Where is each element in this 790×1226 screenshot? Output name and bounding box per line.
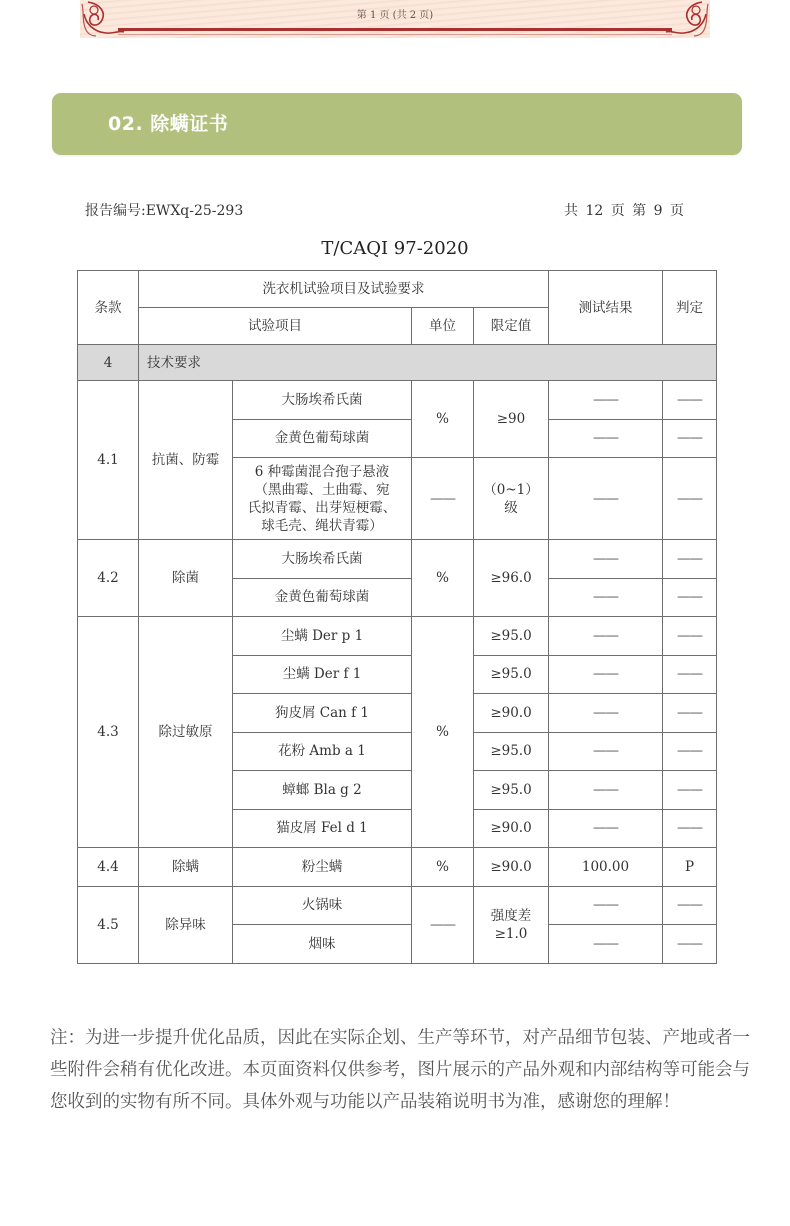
result-cell: —— (549, 925, 663, 964)
table-header-row: 条款 洗衣机试验项目及试验要求 测试结果 判定 (78, 271, 717, 308)
judgement-cell: —— (663, 771, 717, 810)
certificate-border-rule (118, 28, 672, 31)
category-cell: 除菌 (139, 540, 233, 617)
limit-line: ≥1.0 (478, 925, 544, 943)
result-cell: —— (549, 419, 663, 458)
judgement-cell: —— (663, 578, 717, 617)
item-cell: 火锅味 (233, 886, 412, 925)
limit-cell: ≥95.0 (474, 617, 549, 656)
unit-cell: % (412, 381, 474, 458)
limit-cell: ≥95.0 (474, 655, 549, 694)
item-line: （黑曲霉、土曲霉、宛 (237, 481, 407, 499)
header-clause: 条款 (78, 271, 139, 345)
unit-cell: % (412, 540, 474, 617)
limit-line: （0~1） (478, 481, 544, 499)
result-cell: —— (549, 732, 663, 771)
result-cell: —— (549, 655, 663, 694)
header-group: 洗衣机试验项目及试验要求 (139, 271, 549, 308)
unit-cell: % (412, 617, 474, 848)
category-cell: 抗菌、防霉 (139, 381, 233, 540)
limit-cell: ≥95.0 (474, 732, 549, 771)
certificate-fragment: 第 1 页 (共 2 页) (80, 0, 710, 38)
item-cell: 大肠埃希氏菌 (233, 381, 412, 420)
result-cell: —— (549, 458, 663, 540)
section-row: 4 技术要求 (78, 345, 717, 381)
category-cell: 除过敏原 (139, 617, 233, 848)
category-cell: 除螨 (139, 848, 233, 887)
result-cell: —— (549, 886, 663, 925)
clause-cell: 4.3 (78, 617, 139, 848)
item-cell: 金黄色葡萄球菌 (233, 578, 412, 617)
unit-cell: —— (412, 886, 474, 963)
limit-cell: ≥90.0 (474, 809, 549, 848)
disclaimer-note: 注：为进一步提升优化品质，因此在实际企划、生产等环节，对产品细节包装、产地或者一… (50, 1022, 750, 1118)
judgement-cell: —— (663, 617, 717, 656)
section-title: 02. 除螨证书 (108, 93, 228, 155)
certificate-border-rule-thin (118, 34, 672, 35)
item-line: 球毛壳、绳状青霉） (237, 517, 407, 535)
header-unit: 单位 (412, 308, 474, 345)
judgement-cell: —— (663, 732, 717, 771)
result-cell: —— (549, 540, 663, 579)
judgement-cell: —— (663, 925, 717, 964)
table-row-mite-removal: 4.4 除螨 粉尘螨 % ≥90.0 100.00 P (78, 848, 717, 887)
item-line: 氏拟青霉、出芽短梗霉、 (237, 499, 407, 517)
item-cell: 狗皮屑 Can f 1 (233, 694, 412, 733)
result-cell: —— (549, 809, 663, 848)
report-number: 报告编号:EWXq-25-293 (85, 200, 243, 220)
category-cell: 除异味 (139, 886, 233, 963)
clause-cell: 4.2 (78, 540, 139, 617)
item-cell: 粉尘螨 (233, 848, 412, 887)
judgement-cell: —— (663, 419, 717, 458)
header-judgement: 判定 (663, 271, 717, 345)
limit-line: 级 (478, 499, 544, 517)
judgement-cell: —— (663, 809, 717, 848)
limit-cell: ≥90 (474, 381, 549, 458)
judgement-cell: —— (663, 458, 717, 540)
table-row: 4.5 除异味 火锅味 —— 强度差 ≥1.0 —— —— (78, 886, 717, 925)
result-cell: —— (549, 578, 663, 617)
judgement-cell: —— (663, 886, 717, 925)
section-banner: 02. 除螨证书 (52, 93, 742, 155)
item-cell: 花粉 Amb a 1 (233, 732, 412, 771)
result-cell: —— (549, 694, 663, 733)
result-cell: —— (549, 617, 663, 656)
table-row: 4.1 抗菌、防霉 大肠埃希氏菌 % ≥90 —— —— (78, 381, 717, 420)
result-cell: 100.00 (549, 848, 663, 887)
header-item: 试验项目 (139, 308, 412, 345)
item-cell: 猫皮屑 Fel d 1 (233, 809, 412, 848)
judgement-cell: P (663, 848, 717, 887)
item-cell: 金黄色葡萄球菌 (233, 419, 412, 458)
judgement-cell: —— (663, 694, 717, 733)
limit-cell: ≥90.0 (474, 694, 549, 733)
result-cell: —— (549, 771, 663, 810)
report-page-info: 共 12 页 第 9 页 (564, 200, 684, 220)
limit-cell-multiline: 强度差 ≥1.0 (474, 886, 549, 963)
limit-cell: ≥90.0 (474, 848, 549, 887)
limit-cell-multiline: （0~1） 级 (474, 458, 549, 540)
item-cell-multiline: 6 种霉菌混合孢子悬液 （黑曲霉、土曲霉、宛 氏拟青霉、出芽短梗霉、 球毛壳、绳… (233, 458, 412, 540)
table-row: 4.3 除过敏原 尘螨 Der p 1 % ≥95.0 —— —— (78, 617, 717, 656)
clause-cell: 4.4 (78, 848, 139, 887)
judgement-cell: —— (663, 540, 717, 579)
clause-cell: 4.1 (78, 381, 139, 540)
result-cell: —— (549, 381, 663, 420)
header-result: 测试结果 (549, 271, 663, 345)
header-limit: 限定值 (474, 308, 549, 345)
standard-title: T/CAQI 97-2020 (0, 238, 790, 259)
judgement-cell: —— (663, 381, 717, 420)
item-cell: 尘螨 Der f 1 (233, 655, 412, 694)
unit-cell: —— (412, 458, 474, 540)
unit-cell: % (412, 848, 474, 887)
item-cell: 尘螨 Der p 1 (233, 617, 412, 656)
limit-line: 强度差 (478, 907, 544, 925)
item-cell: 大肠埃希氏菌 (233, 540, 412, 579)
item-line: 6 种霉菌混合孢子悬液 (237, 463, 407, 481)
item-cell: 蟑螂 Bla g 2 (233, 771, 412, 810)
clause-cell: 4.5 (78, 886, 139, 963)
certificate-page-label: 第 1 页 (共 2 页) (80, 6, 710, 21)
limit-cell: ≥96.0 (474, 540, 549, 617)
item-cell: 烟味 (233, 925, 412, 964)
table-row: 4.2 除菌 大肠埃希氏菌 % ≥96.0 —— —— (78, 540, 717, 579)
judgement-cell: —— (663, 655, 717, 694)
test-results-table: 条款 洗衣机试验项目及试验要求 测试结果 判定 试验项目 单位 限定值 4 技术… (77, 270, 717, 964)
limit-cell: ≥95.0 (474, 771, 549, 810)
section-clause: 4 (78, 345, 139, 381)
section-title-cell: 技术要求 (139, 345, 717, 381)
